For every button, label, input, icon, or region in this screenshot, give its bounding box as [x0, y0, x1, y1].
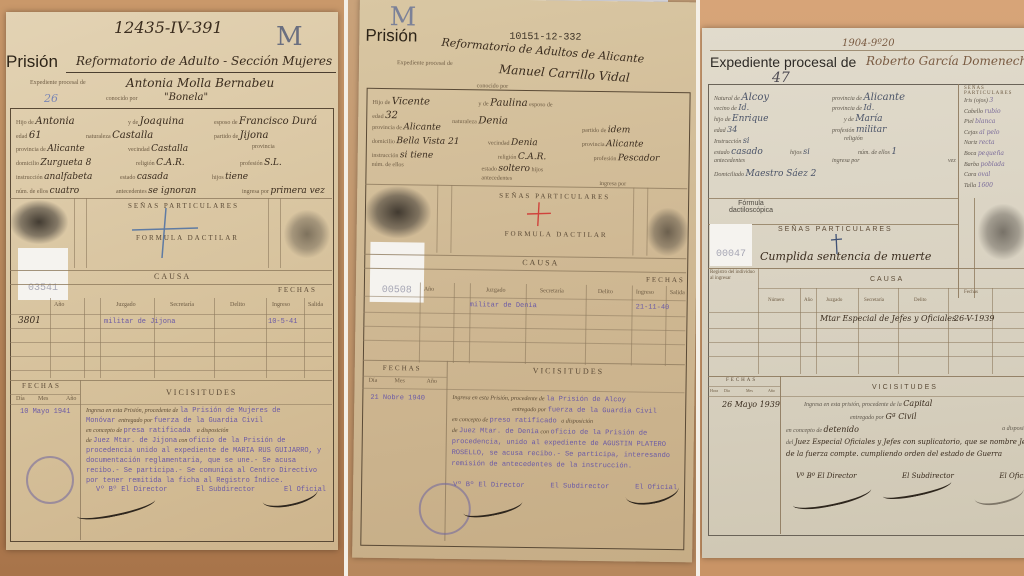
- vic-date: 10 Mayo 1941: [20, 408, 70, 416]
- archive-tag: 03541: [18, 248, 68, 300]
- right-thumbprint: [284, 210, 330, 258]
- registro-label: Registro del individuo al ingresar: [710, 270, 758, 282]
- id-number: 12435-IV-391: [114, 18, 223, 37]
- expediente-label: Expediente procesal de: [397, 60, 453, 67]
- prison-record-3: 1904-9º20 Expediente procesal de Roberto…: [702, 28, 1024, 558]
- vicisitudes-title: VICISITUDES: [872, 384, 938, 391]
- file-number: 26: [44, 92, 58, 105]
- inmate-name: Roberto García Domenech: [866, 54, 1024, 68]
- causa-number: 3801: [18, 316, 41, 326]
- causa-table: Año Juzgado Secretaría Delito Ingreso Sa…: [363, 282, 686, 366]
- alias: "Bonela": [164, 92, 208, 103]
- causa-fecha: 26-V-1939: [954, 314, 994, 323]
- red-cross-mark: [527, 202, 551, 226]
- causa-title: CAUSA: [870, 276, 904, 283]
- prison-name: Reformatorio de Adulto - Sección Mujeres: [76, 54, 332, 68]
- archive-tag: 00047: [710, 224, 752, 266]
- causa-table: Año Juzgado Secretaría Delito Ingreso Sa…: [10, 298, 332, 378]
- fechas-title: FECHAS: [646, 276, 685, 285]
- inmate-name: Manuel Carrillo Vidal: [499, 62, 631, 85]
- formula-dactilar-title: FORMULA DACTILAR: [505, 230, 608, 239]
- document-panel-2: M Prisión 10151-12-332 Reformatorio de A…: [348, 0, 696, 576]
- document-panel-1: 12435-IV-391 M Prisión Reformatorio de A…: [0, 0, 344, 576]
- senas-list: Iris (ojos) 3 Cabello rubio Piel blanca …: [964, 96, 1024, 191]
- causa-title: CAUSA: [522, 258, 559, 268]
- vic-entries: Ingresa en esta prisión, procedente de l…: [786, 398, 1024, 461]
- blue-cross-mark: [132, 208, 202, 258]
- vic-fechas-title: FECHAS: [383, 364, 422, 373]
- right-thumbprint: [978, 204, 1024, 260]
- left-thumbprint: [365, 186, 432, 239]
- causa-ingreso: 10-5-41: [268, 318, 297, 326]
- causa-juzgado: Mtar Especial de Jefes y Oficiales: [820, 314, 956, 323]
- formula-label: Fórmula dactiloscópica: [726, 200, 776, 214]
- official-stamp: [26, 456, 74, 504]
- senas-particulares-title: SEÑAS PARTICULARES: [499, 192, 610, 202]
- right-thumbprint: [646, 208, 689, 257]
- alias-label: conocido por: [106, 96, 138, 102]
- prison-record-1: 12435-IV-391 M Prisión Reformatorio de A…: [6, 12, 338, 550]
- document-panel-3: 1904-9º20 Expediente procesal de Roberto…: [700, 0, 1024, 576]
- expediente-heading: Expediente procesal de: [710, 54, 856, 70]
- senas-note: Cumplida sentencia de muerte: [760, 250, 931, 263]
- prison-record-2: M Prisión 10151-12-332 Reformatorio de A…: [352, 0, 696, 562]
- senas-header: SEÑAS PARTICULARES: [964, 86, 1024, 96]
- vic-fechas-title: FECHAS: [726, 378, 757, 383]
- expediente-label: Expediente procesal de: [30, 80, 86, 86]
- left-thumbprint: [10, 200, 68, 244]
- corner-mark: M: [276, 22, 303, 52]
- vicisitudes-title: VICISITUDES: [166, 388, 237, 397]
- causa-ingreso: 21-11-40: [636, 304, 670, 312]
- inmate-name: Antonia Molla Bernabeu: [126, 76, 274, 90]
- causa-title: CAUSA: [154, 272, 191, 281]
- causa-juzgado: militar de Denia: [470, 301, 537, 310]
- id-number: 1904-9º20: [842, 38, 895, 49]
- vic-date: 21 Nobre 1940: [370, 394, 425, 403]
- signature-titles: Vº Bº El DirectorEl SubdirectorEl Oficia…: [796, 472, 1024, 480]
- senas-particulares-title: SEÑAS PARTICULARES: [778, 226, 893, 233]
- vic-date: 26 Mayo 1939: [722, 400, 780, 409]
- causa-table: Número Año Juzgado Secretaría Delito Fec…: [708, 284, 1024, 374]
- causa-juzgado: militar de Jijona: [104, 318, 175, 326]
- prison-label: Prisión: [365, 26, 417, 47]
- vic-entries: Ingresa en esta Prisión, procedente de l…: [86, 406, 330, 486]
- vicisitudes-title: VICISITUDES: [533, 366, 604, 376]
- vic-entries: Ingresa en esta Prisión, procedente de l…: [451, 393, 680, 473]
- fechas-title: FECHAS: [278, 286, 317, 294]
- prison-label: Prisión: [6, 52, 58, 72]
- vic-fechas-title: FECHAS: [22, 382, 61, 390]
